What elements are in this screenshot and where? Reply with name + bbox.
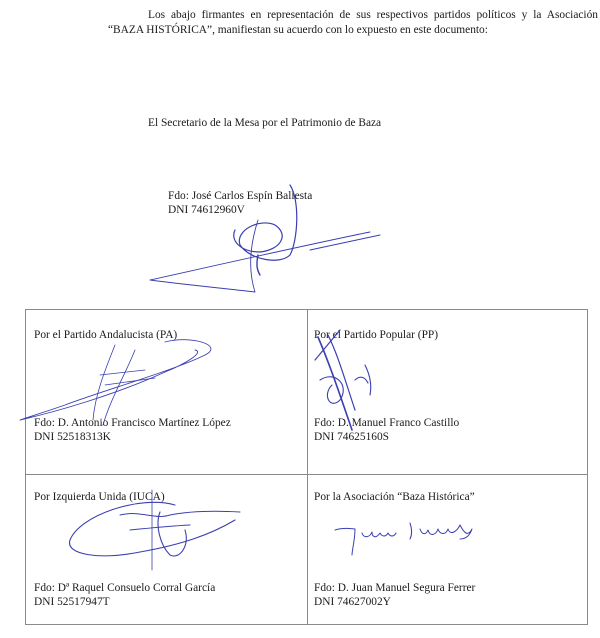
signature-cell-pa: Por el Partido Andalucista (PA) Fdo: D. … (34, 328, 304, 468)
signer-dni: DNI 52517947T (34, 595, 215, 609)
signer-block: Fdo: D. Antonio Francisco Martínez López… (34, 416, 231, 444)
signer-name: Fdo: D. Juan Manuel Segura Ferrer (314, 581, 475, 595)
signer-name: Fdo: D. Antonio Francisco Martínez López (34, 416, 231, 430)
signer-dni: DNI 52518313K (34, 430, 231, 444)
signatures-table: Por el Partido Andalucista (PA) Fdo: D. … (25, 309, 588, 625)
party-header: Por Izquierda Unida (IUCA) (34, 490, 165, 504)
table-column-divider (307, 310, 308, 624)
table-row-divider (26, 474, 587, 475)
secretary-title: El Secretario de la Mesa por el Patrimon… (148, 117, 381, 129)
signature-cell-iuca: Por Izquierda Unida (IUCA) Fdo: Dª Raque… (34, 490, 304, 620)
signature-cell-pp: Por el Partido Popular (PP) Fdo: D. Manu… (314, 328, 584, 468)
signer-block: Fdo: D. Juan Manuel Segura Ferrer DNI 74… (314, 581, 475, 609)
signer-dni: DNI 74627002Y (314, 595, 475, 609)
secretary-signer: Fdo: José Carlos Espín Ballesta DNI 7461… (168, 189, 312, 217)
signer-name: Fdo: D. Manuel Franco Castillo (314, 416, 459, 430)
party-header: Por el Partido Andalucista (PA) (34, 328, 177, 342)
party-header: Por la Asociación “Baza Histórica” (314, 490, 475, 504)
signer-name: Fdo: Dª Raquel Consuelo Corral García (34, 581, 215, 595)
secretary-name: Fdo: José Carlos Espín Ballesta (168, 189, 312, 203)
signer-block: Fdo: Dª Raquel Consuelo Corral García DN… (34, 581, 215, 609)
signer-dni: DNI 74625160S (314, 430, 459, 444)
signature-cell-baza-historica: Por la Asociación “Baza Histórica” Fdo: … (314, 490, 584, 620)
secretary-dni: DNI 74612960V (168, 203, 312, 217)
intro-paragraph: Los abajo firmantes en representación de… (108, 8, 598, 38)
signer-block: Fdo: D. Manuel Franco Castillo DNI 74625… (314, 416, 459, 444)
party-header: Por el Partido Popular (PP) (314, 328, 438, 342)
